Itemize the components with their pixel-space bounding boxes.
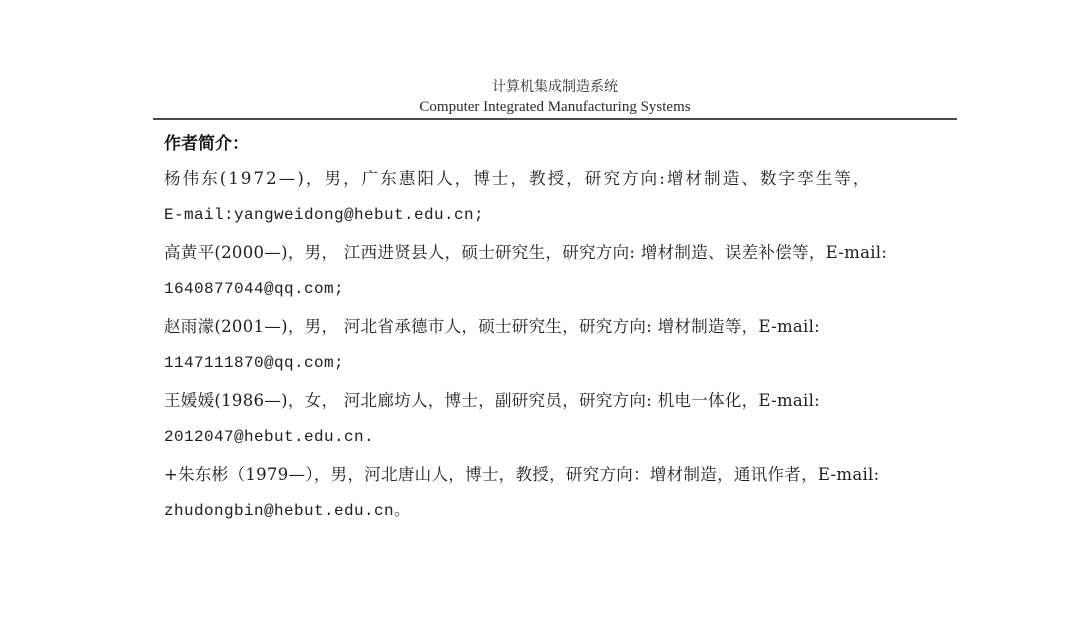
author-2-email: 1640877044@qq.com; [164, 271, 964, 308]
header-divider [153, 118, 957, 120]
section-heading: 作者简介： [164, 128, 964, 160]
author-entry-4: 王媛媛(1986—)，女， 河北廊坊人，博士，副研究员，研究方向: 机电一体化，… [164, 382, 964, 456]
author-entry-1: 杨伟东(1972—)，男，广东惠阳人，博士，教授，研究方向:增材制造、数字孪生等… [164, 160, 964, 234]
author-2-info: 高黄平(2000—)，男， 江西进贤县人，硕士研究生，研究方向: 增材制造、误差… [164, 234, 964, 271]
author-4-email: 2012047@hebut.edu.cn. [164, 419, 964, 456]
journal-header: 计算机集成制造系统 Computer Integrated Manufactur… [153, 78, 957, 116]
author-bios-section: 作者简介： 杨伟东(1972—)，男，广东惠阳人，博士，教授，研究方向:增材制造… [164, 128, 964, 530]
author-entry-3: 赵雨濛(2001—)，男， 河北省承德市人，硕士研究生，研究方向: 增材制造等，… [164, 308, 964, 382]
author-1-info: 杨伟东(1972—)，男，广东惠阳人，博士，教授，研究方向:增材制造、数字孪生等… [164, 160, 964, 197]
author-5-email: zhudongbin@hebut.edu.cn。 [164, 493, 964, 530]
author-1-email: E-mail:yangweidong@hebut.edu.cn; [164, 197, 964, 234]
author-5-info: +朱东彬（1979—），男，河北唐山人，博士，教授，研究方向：增材制造，通讯作者… [164, 456, 964, 493]
author-3-email: 1147111870@qq.com; [164, 345, 964, 382]
journal-title-chinese: 计算机集成制造系统 [153, 78, 957, 98]
author-entry-2: 高黄平(2000—)，男， 江西进贤县人，硕士研究生，研究方向: 增材制造、误差… [164, 234, 964, 308]
document-page: 计算机集成制造系统 Computer Integrated Manufactur… [0, 0, 1080, 629]
author-3-info: 赵雨濛(2001—)，男， 河北省承德市人，硕士研究生，研究方向: 增材制造等，… [164, 308, 964, 345]
author-4-info: 王媛媛(1986—)，女， 河北廊坊人，博士，副研究员，研究方向: 机电一体化，… [164, 382, 964, 419]
journal-title-english: Computer Integrated Manufacturing System… [153, 98, 957, 116]
author-entry-5: +朱东彬（1979—），男，河北唐山人，博士，教授，研究方向：增材制造，通讯作者… [164, 456, 964, 530]
